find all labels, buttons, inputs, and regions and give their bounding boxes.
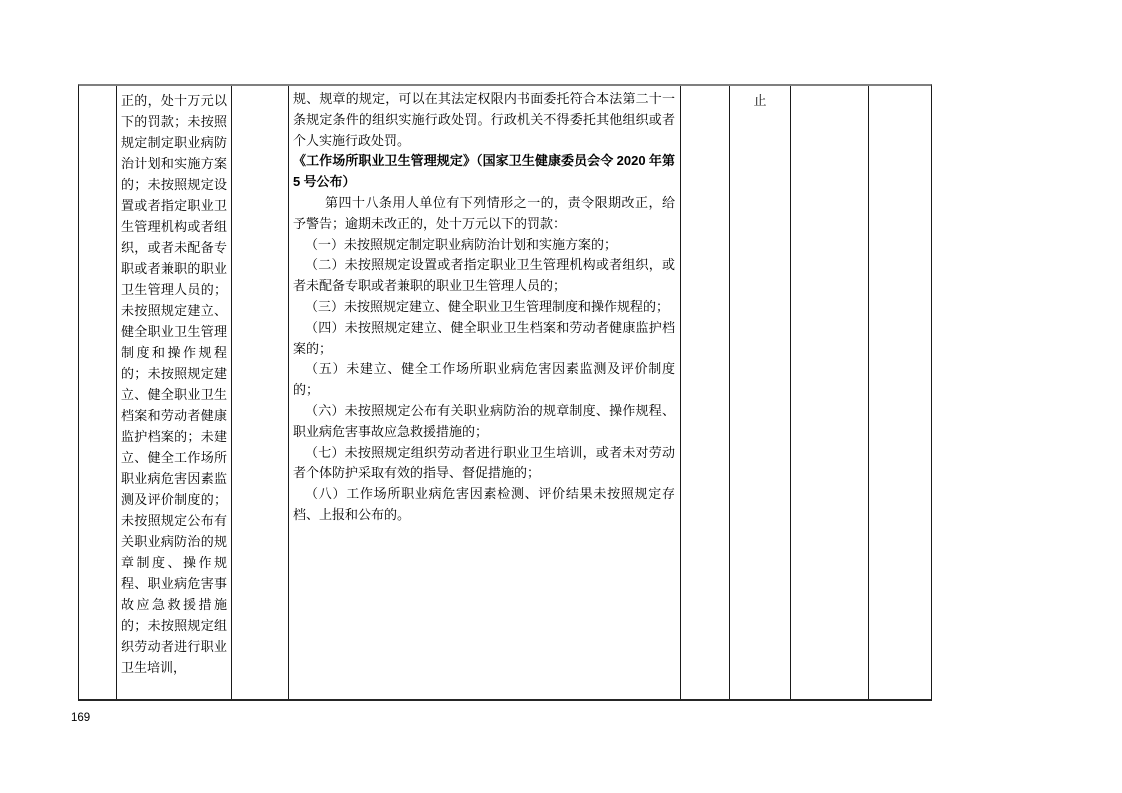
paragraph: （四）未按照规定建立、健全职业卫生档案和劳动者健康监护档案的； xyxy=(293,318,675,360)
text-segment: （四）未按照规定建立、健全职业卫生档案和劳动者健康监护档案的； xyxy=(293,320,675,356)
text-segment: （五）未建立、健全工作场所职业病危害因素监测及评价制度的； xyxy=(293,361,675,397)
empty-cell-5 xyxy=(869,86,931,699)
empty-cell-3 xyxy=(681,86,730,699)
paragraph: （三）未按照规定建立、健全职业卫生管理制度和操作规程的； xyxy=(293,297,675,318)
text-segment: （三）未按照规定建立、健全职业卫生管理制度和操作规程的； xyxy=(305,299,669,314)
text-segment: （七）未按照规定组织劳动者进行职业卫生培训，或者未对劳动者个体防护采取有效的指导… xyxy=(293,445,675,481)
text-segment: 《工作场所职业卫生管理规定》（国家卫生健康委员会令 xyxy=(293,153,617,168)
paragraph: 第四十八条用人单位有下列情形之一的，责令限期改正，给予警告；逾期未改正的，处十万… xyxy=(293,193,675,235)
text-segment: 第四十八条用人单位有下列情形之一的，责令限期改正，给予警告；逾期未改正的，处十万… xyxy=(293,195,675,231)
text-segment: （二）未按照规定设置或者指定职业卫生管理机构或者组织，或者未配备专职或者兼职的职… xyxy=(293,257,675,293)
paragraph: 规、规章的规定，可以在其法定权限内书面委托符合本法第二十一条规定条件的组织实施行… xyxy=(293,89,675,151)
penalty-clause-cell: 正的，处十万元以下的罚款；未按照规定制定职业病防治计划和实施方案的；未按照规定设… xyxy=(117,86,232,699)
paragraph: （七）未按照规定组织劳动者进行职业卫生培训，或者未对劳动者个体防护采取有效的指导… xyxy=(293,443,675,485)
regulation-table: 正的，处十万元以下的罚款；未按照规定制定职业病防治计划和实施方案的；未按照规定设… xyxy=(78,84,932,701)
text-segment: （一）未按照规定制定职业病防治计划和实施方案的； xyxy=(305,237,617,252)
paragraph: （六）未按照规定公布有关职业病防治的规章制度、操作规程、职业病危害事故应急救援措… xyxy=(293,401,675,443)
text-segment: 规、规章的规定，可以在其法定权限内书面委托符合本法第二十一条规定条件的组织实施行… xyxy=(293,91,675,148)
text-segment: 2020 xyxy=(617,153,646,168)
paragraph: （八）工作场所职业病危害因素检测、评价结果未按照规定存档、上报和公布的。 xyxy=(293,484,675,526)
paragraph: （一）未按照规定制定职业病防治计划和实施方案的； xyxy=(293,235,675,256)
paragraph: 《工作场所职业卫生管理规定》（国家卫生健康委员会令 2020 年第 5 号公布） xyxy=(293,151,675,193)
text-segment: 年第 xyxy=(646,153,675,168)
paragraph: （五）未建立、健全工作场所职业病危害因素监测及评价制度的； xyxy=(293,359,675,401)
text-segment: （八）工作场所职业病危害因素检测、评价结果未按照规定存档、上报和公布的。 xyxy=(293,486,675,522)
main-text-cell: 规、规章的规定，可以在其法定权限内书面委托符合本法第二十一条规定条件的组织实施行… xyxy=(289,86,681,699)
text-segment: 号公布） xyxy=(300,174,355,189)
text-segment: （六）未按照规定公布有关职业病防治的规章制度、操作规程、职业病危害事故应急救援措… xyxy=(293,403,675,439)
paragraph: （二）未按照规定设置或者指定职业卫生管理机构或者组织，或者未配备专职或者兼职的职… xyxy=(293,255,675,297)
status-cell: 止 xyxy=(730,86,791,699)
empty-cell-4 xyxy=(791,86,869,699)
empty-cell-1 xyxy=(79,86,117,699)
page-number: 169 xyxy=(71,711,90,725)
empty-cell-2 xyxy=(232,86,289,699)
